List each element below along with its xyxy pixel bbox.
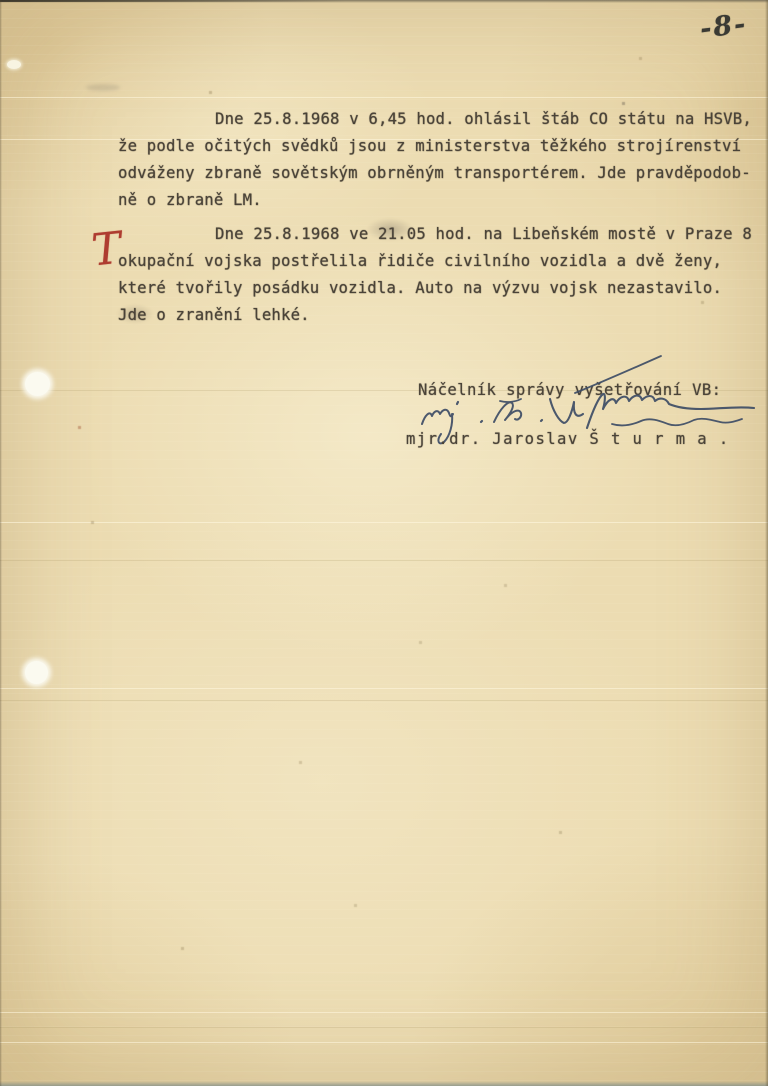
page-number: -8- [698,6,765,45]
paragraph-1: Dne 25.8.1968 v 6,45 hod. ohlásil štáb C… [118,106,766,214]
scan-edge-top-left [0,0,346,2]
body-line: okupační vojska postřelila řidiče civiln… [118,248,766,275]
body-line: ně o zbraně LM. [118,187,766,214]
scan-edge-bottom [0,1081,768,1086]
paper-crease [0,560,768,561]
paper-crease [0,1027,768,1028]
gray-smudge [86,84,120,91]
punch-hole-bottom [25,661,48,684]
paper-crease [0,700,768,701]
body-line: Dne 25.8.1968 ve 21.05 hod. na Libeňském… [118,221,766,248]
paper-flaw-spot [7,60,21,69]
ink-smudge-jde [116,304,154,324]
scan-edge-left [0,0,2,1086]
paper-crease [0,1012,768,1013]
paper-crease [0,522,768,523]
punch-hole-top [25,372,50,396]
document-page: -8- T Dne 25.8.1968 v 6,45 hod. ohlásil … [0,0,768,1086]
ink-smudge-over-time [366,218,414,241]
body-line: které tvořily posádku vozidla. Auto na v… [118,275,766,302]
body-line: Dne 25.8.1968 v 6,45 hod. ohlásil štáb C… [118,106,766,133]
paper-crease [0,1042,768,1043]
body-line: že podle očitých svědků jsou z ministers… [118,133,766,160]
body-line: Jde o zranění lehké. [118,302,766,329]
paper-crease [0,97,768,98]
paper-crease [0,688,768,689]
paragraph-2: Dne 25.8.1968 ve 21.05 hod. na Libeňském… [118,221,766,329]
body-line: odváženy zbraně sovětským obrněným trans… [118,160,766,187]
typed-signature-name: mjr.dr. Jaroslav Š t u r m a . [406,426,730,453]
